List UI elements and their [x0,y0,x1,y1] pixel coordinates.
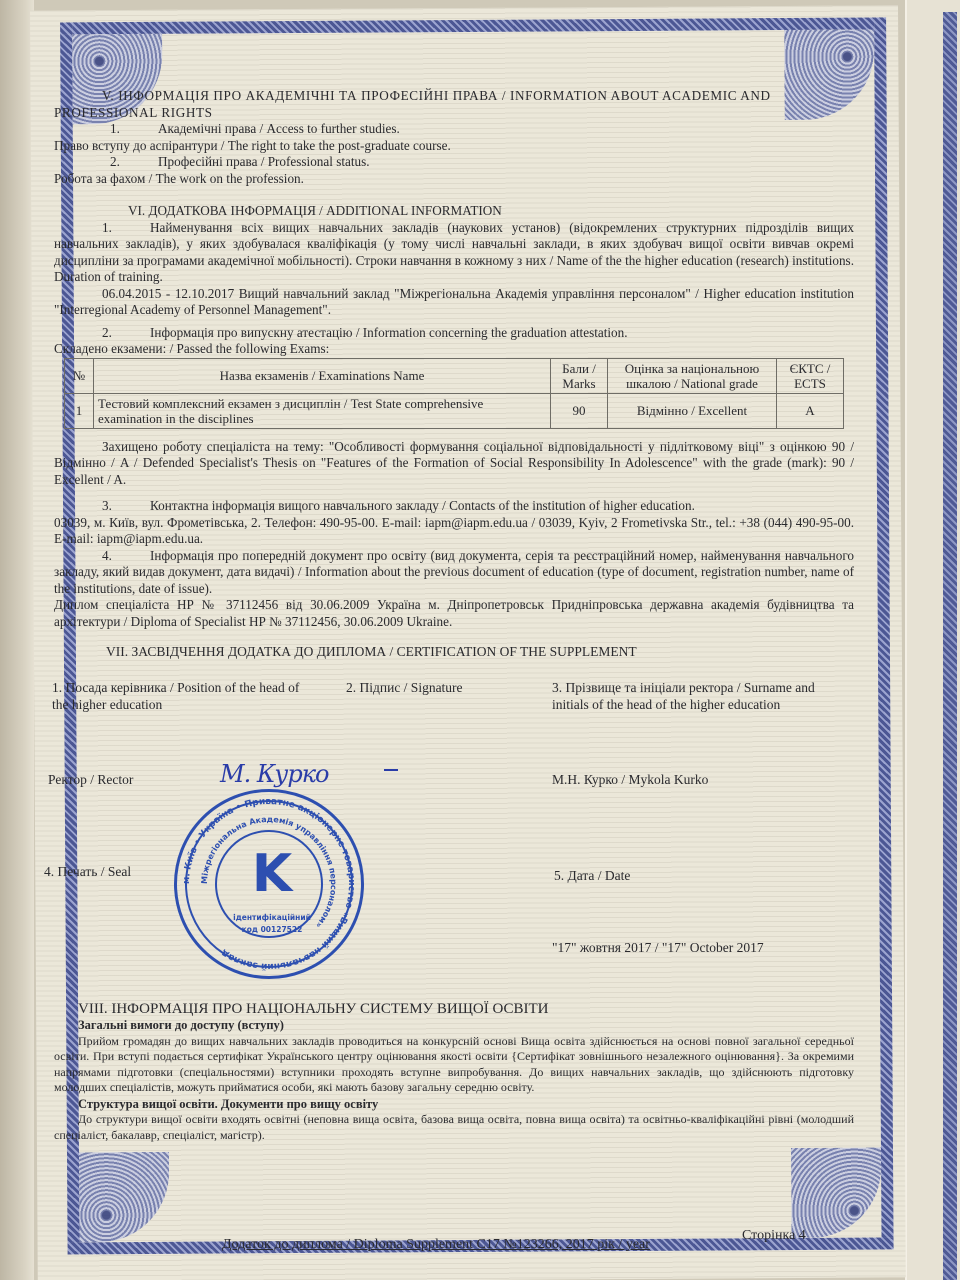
institution-contacts: 03039, м. Київ, вул. Фрометівська, 2. Те… [54,515,854,548]
section-5-item-2: 2.Професійні права / Professional status… [54,154,854,171]
section-8-access-paragraph: Прийом громадян до вищих навчальних закл… [54,1034,854,1096]
section-6-item-1: 1.Найменування всіх вищих навчальних зак… [54,220,854,286]
adjacent-page-border [943,12,957,1280]
table-row: 1 Тестовий комплексний екзамен з дисципл… [65,393,844,428]
section-6-item-2: 2.Інформація про випускну атестацію / In… [54,325,854,342]
section-8-subheading-structure: Структура вищої освіти. Документи про ви… [54,1096,854,1113]
section-8-subheading-access: Загальні вимоги до доступу (вступу) [54,1017,854,1034]
name-column-label: 3. Прізвище та ініціали ректора / Surnam… [552,679,852,713]
seal-label: 4. Печать / Seal [44,863,131,880]
section-5-item-1: 1.Академічні права / Access to further s… [54,121,854,138]
academy-logo-icon: K [245,844,299,904]
section-7-heading: VII. ЗАСВІДЧЕННЯ ДОДАТКА ДО ДИПЛОМА / CE… [54,644,854,661]
position-value: Ректор / Rector [48,771,133,788]
adjacent-page [905,0,960,1280]
institution-seal: м. Київ • Україна • Приватне акціонерне … [174,789,364,979]
section-8-structure-paragraph: До структури вищої освіти входять освітн… [54,1112,854,1143]
thesis-statement: Захищено роботу спеціаліста на тему: "Ос… [54,439,854,489]
date-label: 5. Дата / Date [554,867,630,884]
page-number: Сторінка 4 [742,1228,806,1244]
section-5-heading: V. ІНФОРМАЦІЯ ПРО АКАДЕМІЧНІ ТА ПРОФЕСІЙ… [54,88,854,121]
background-surface [0,0,34,1280]
section-8-heading: VIII. ІНФОРМАЦІЯ ПРО НАЦІОНАЛЬНУ СИСТЕМУ… [54,1001,854,1018]
previous-diploma: Диплом спеціаліста НР № 37112456 від 30.… [54,597,854,630]
section-5-item-1-value: Право вступу до аспірантури / The right … [54,138,854,155]
date-value: "17" жовтня 2017 / "17" October 2017 [552,939,764,956]
exams-table: № Назва екзаменів / Examinations Name Ба… [64,358,844,429]
signature-column-label: 2. Підпис / Signature [346,679,526,696]
section-6-item-3: 3.Контактна інформація вищого навчальног… [54,498,854,515]
exams-table-header: № Назва екзаменів / Examinations Name Ба… [65,358,844,393]
section-6-item-4: 4.Інформація про попередній документ про… [54,548,854,598]
section-5-item-2-value: Робота за фахом / The work on the profes… [54,171,854,188]
supplement-reference: Додаток до диплома / Diploma Supplement … [222,1237,650,1253]
section-6-heading: VI. ДОДАТКОВА ІНФОРМАЦІЯ / ADDITIONAL IN… [54,203,854,220]
rector-name: М.Н. Курко / Mykola Kurko [552,771,708,788]
document-body: V. ІНФОРМАЦІЯ ПРО АКАДЕМІЧНІ ТА ПРОФЕСІЙ… [54,88,854,1143]
signature-stroke [384,769,398,771]
exams-caption: Складено екзамени: / Passed the followin… [54,341,854,358]
section-6-item-1-value: 06.04.2015 - 12.10.2017 Вищий навчальний… [54,286,854,319]
position-column-label: 1. Посада керівника / Position of the he… [52,679,312,713]
certification-block: 1. Посада керівника / Position of the he… [54,671,854,1001]
